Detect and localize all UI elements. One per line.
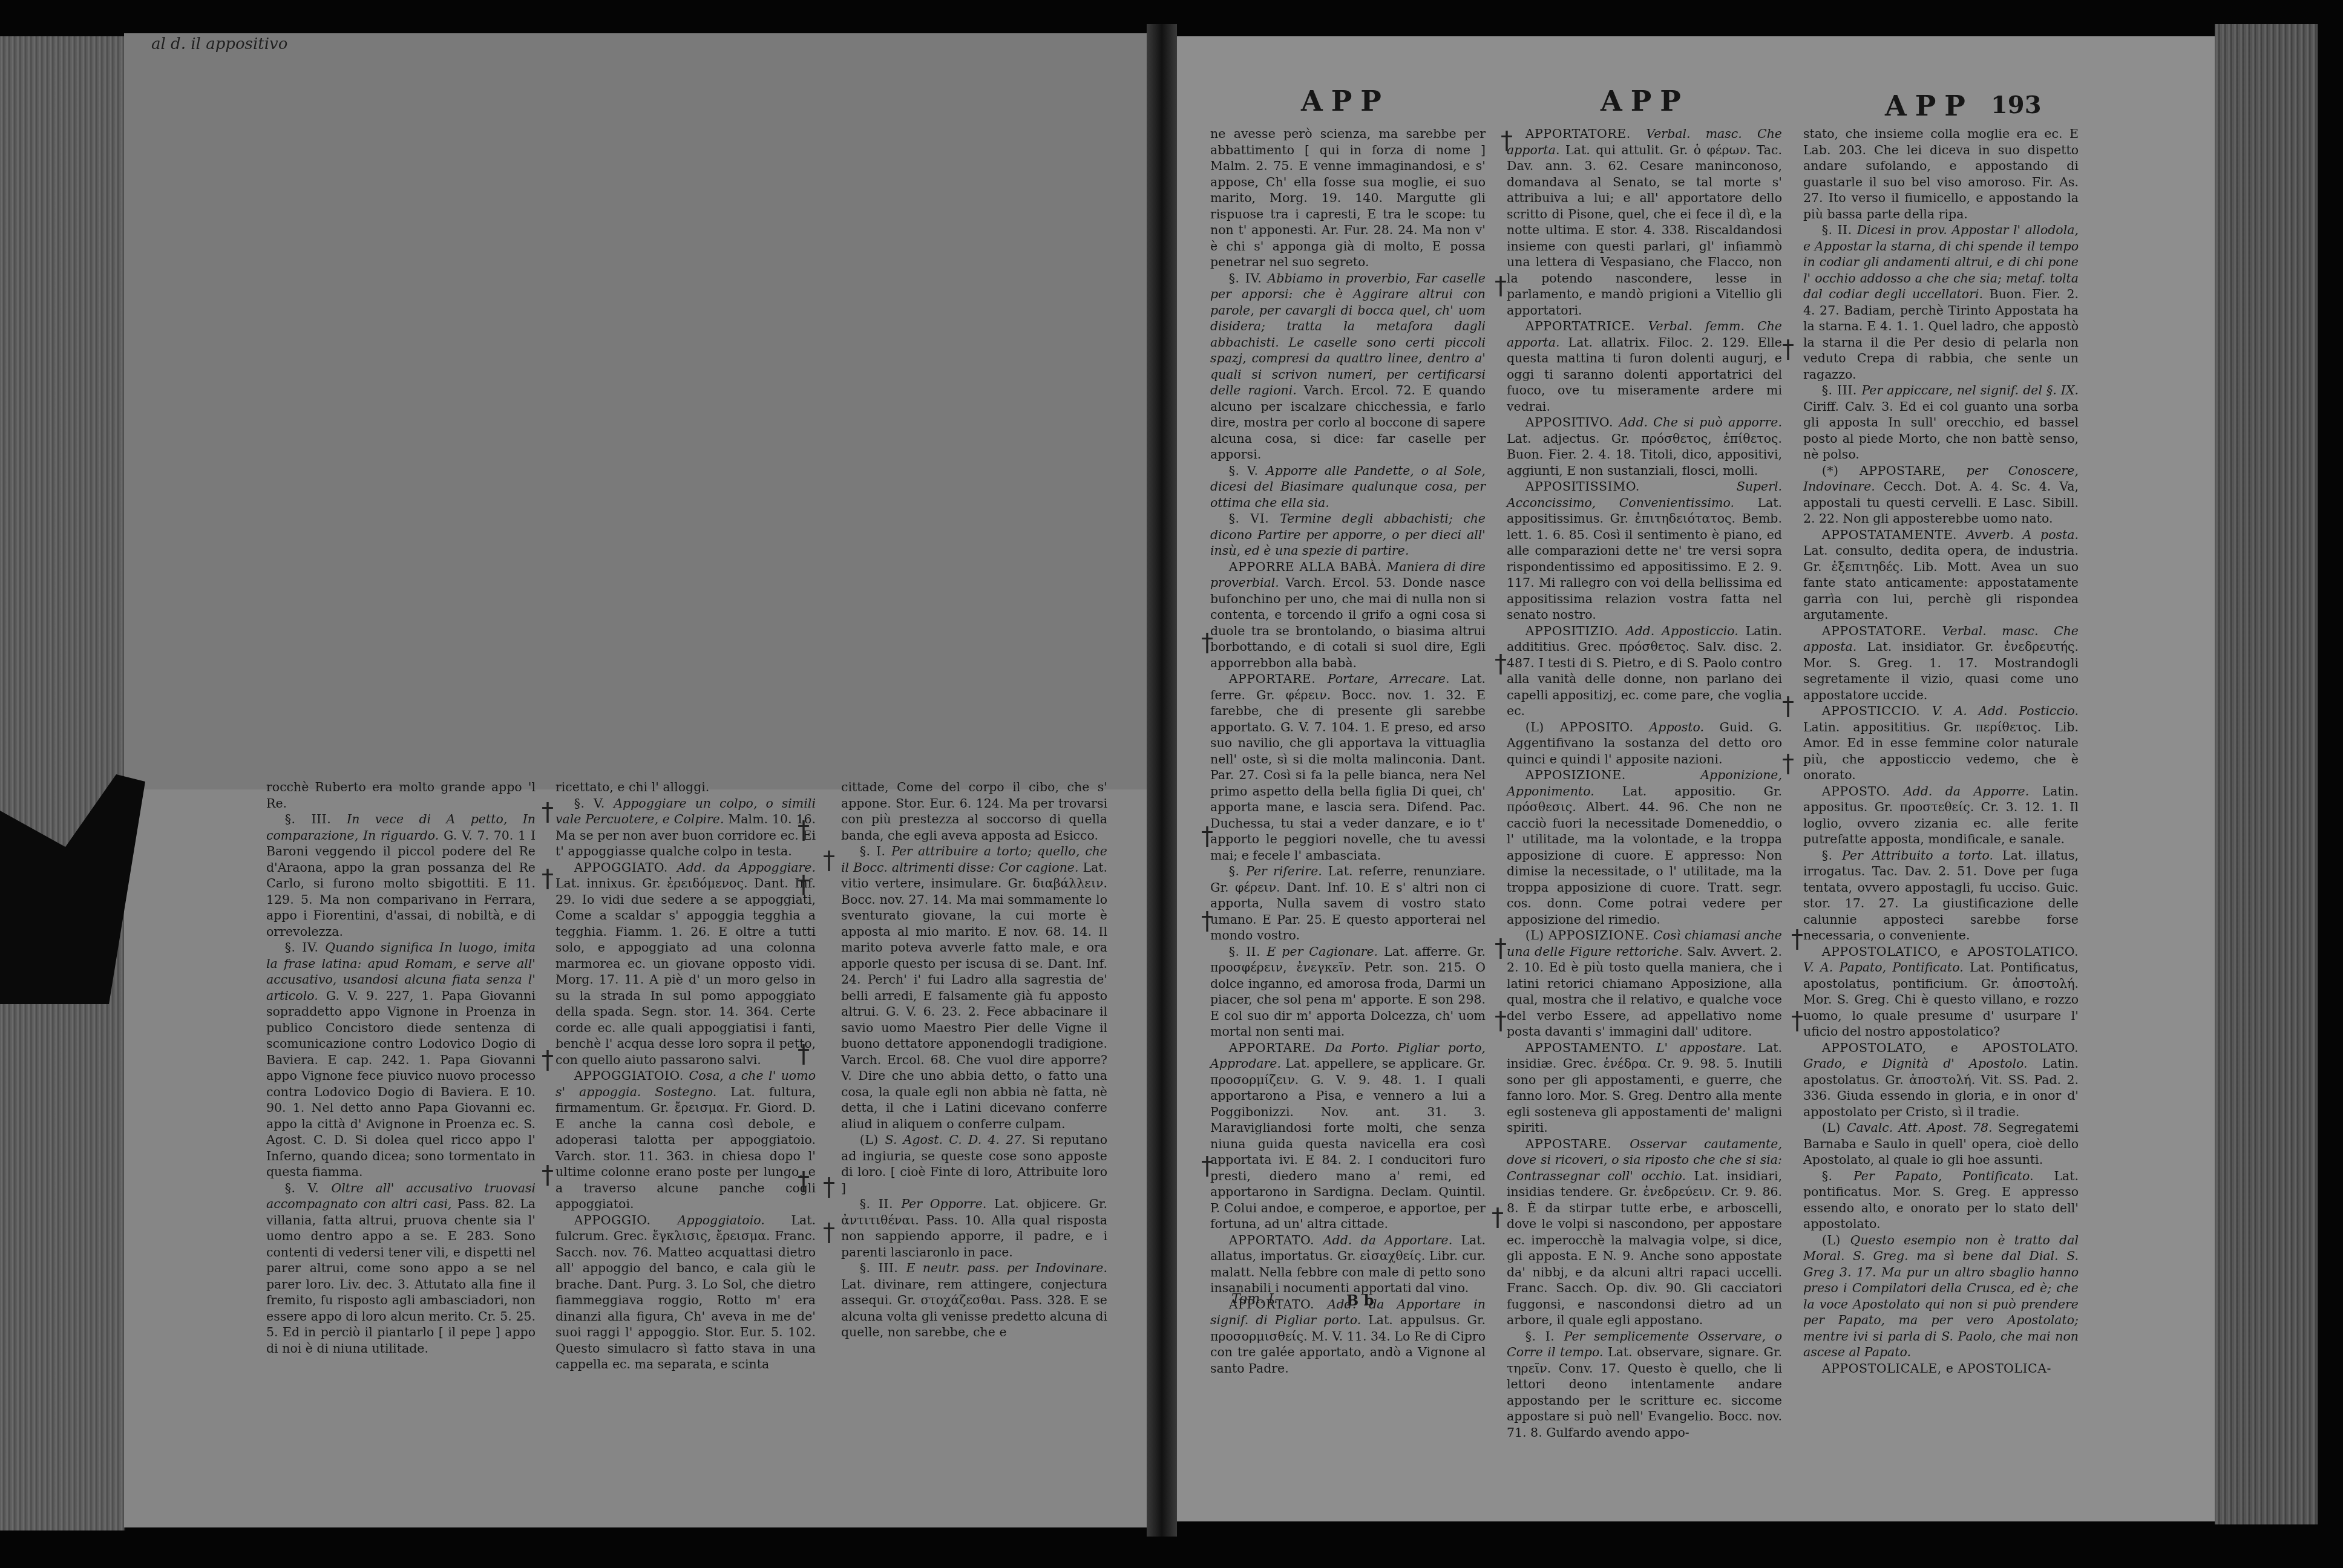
book-edge-left — [0, 36, 125, 1530]
entry-text: Lat. divinare, rem attingere, conjectura… — [841, 1277, 1107, 1340]
dictionary-entry: (L) Cavalc. Att. Apost. 78. Segregatemi … — [1803, 1120, 2079, 1168]
entry-headword: APPOSITIVO. — [1525, 415, 1619, 430]
entry-headword: (L) APPOSITO. — [1525, 720, 1650, 734]
margin-cross-mark: † — [542, 1047, 554, 1074]
dictionary-entry: §. I. Per attribuire a torto; quello, ch… — [841, 843, 1107, 1132]
entry-definition: V. A. Add. Posticcio. — [1932, 704, 2079, 718]
entry-text: Ciriff. Calv. 3. Ed ei col guanto una so… — [1803, 399, 2079, 462]
entry-headword: (L) APPOSIZIONE. — [1525, 928, 1653, 942]
entry-headword: (L) — [860, 1132, 885, 1147]
entry-headword: §. IV. — [1229, 271, 1268, 286]
entry-definition: Per Attribuito a torto. — [1842, 848, 2002, 863]
entry-headword: (L) — [1822, 1233, 1850, 1247]
left-column-1: rocchè Ruberto era molto grande appo 'l … — [266, 779, 536, 1356]
entry-headword: §. II. — [1822, 223, 1857, 237]
margin-cross-mark: † — [1791, 926, 1803, 953]
dictionary-entry: stato, che insieme colla moglie era ec. … — [1803, 126, 2079, 222]
entry-definition: V. A. Papato, Pontificato. — [1803, 960, 1970, 975]
dictionary-entry: cittade, Come del corpo il cibo, che s' … — [841, 779, 1107, 843]
margin-cross-mark: † — [1495, 650, 1507, 678]
dictionary-entry: §. III. Per appiccare, nel signif. del §… — [1803, 382, 2079, 463]
dictionary-entry: §. V. Appoggiare un colpo, o simili vale… — [555, 795, 816, 860]
dictionary-entry: §. V. Oltre all' accusativo truovasi acc… — [266, 1180, 536, 1357]
margin-cross-mark: † — [542, 799, 554, 826]
entry-headword: APPORTATORE. — [1525, 126, 1647, 141]
entry-text: Lat. qui attulit. Gr. ὁ φέρων. Tac. Dav.… — [1507, 143, 1782, 318]
entry-text: Lat. fultura, firmamentum. Gr. ἔρεισμα. … — [555, 1085, 816, 1212]
volume-footer: Tom. I. — [1231, 1292, 1278, 1307]
dictionary-entry: APPORTATO. Add. da Apportare. Lat. allat… — [1210, 1232, 1486, 1296]
running-head-3: APP — [1885, 90, 1974, 122]
entry-text: G. V. 7. 70. 1 I Baroni veggendo il picc… — [266, 828, 536, 939]
entry-text: Lat. appositissimus. Gr. ἐπιτηδειότατος.… — [1507, 495, 1782, 622]
entry-text: Pass. 82. La villania, fatta altrui, pru… — [266, 1197, 536, 1356]
dictionary-entry: APPOGGIATO. Add. da Appoggiare. Lat. inn… — [555, 860, 816, 1068]
entry-text: Lat. ferre. Gr. φέρειν. Bocc. nov. 1. 32… — [1210, 671, 1486, 863]
entry-headword: APPORTARE. — [1229, 1040, 1325, 1055]
entry-headword: APPOSTATORE. — [1822, 624, 1942, 638]
entry-text: ne avesse però scienza, ma sarebbe per a… — [1210, 126, 1486, 269]
entry-headword: APPORTATO. — [1229, 1233, 1323, 1247]
left-column-3: cittade, Come del corpo il cibo, che s' … — [841, 779, 1107, 1341]
entry-headword: APPOSITIZIO. — [1525, 624, 1626, 638]
dictionary-entry: §. IV. Abbiamo in proverbio, Far caselle… — [1210, 270, 1486, 463]
entry-text: Latin. apposititius. Gr. περίθετος. Lib.… — [1803, 720, 2079, 783]
left-column-2: ricettato, e chi l' alloggi.§. V. Appogg… — [555, 779, 816, 1373]
margin-cross-mark: † — [823, 1174, 835, 1201]
entry-headword: §. — [1822, 848, 1842, 863]
right-column-1: ne avesse però scienza, ma sarebbe per a… — [1210, 126, 1486, 1376]
entry-definition: Add. da Apporre. — [1904, 784, 2042, 799]
dictionary-entry: §. Per riferire. Lat. referre, renunziar… — [1210, 863, 1486, 944]
dictionary-entry: (*) APPOSTARE, per Conoscere, Indovinare… — [1803, 463, 2079, 527]
margin-cross-mark: † — [542, 865, 554, 893]
entry-text: Lat. insidiari, insidias tendere. Gr. ἐν… — [1507, 1169, 1782, 1328]
margin-cross-mark: † — [1782, 336, 1794, 364]
entry-definition: Add. da Apportare. — [1323, 1233, 1461, 1247]
dictionary-entry: rocchè Ruberto era molto grande appo 'l … — [266, 779, 536, 811]
dictionary-entry: §. IV. Quando significa In luogo, imita … — [266, 939, 536, 1180]
entry-text: stato, che insieme colla moglie era ec. … — [1803, 126, 2079, 221]
entry-definition: L' appostare. — [1656, 1040, 1757, 1055]
right-column-3: stato, che insieme colla moglie era ec. … — [1803, 126, 2079, 1376]
margin-cross-mark: † — [1782, 750, 1794, 778]
entry-headword: APPOSTOLATICO, e APOSTOLATICO. — [1822, 944, 2079, 959]
dictionary-entry: APPOSTOLICALE, e APOSTOLICA- — [1803, 1361, 2079, 1377]
entry-definition: Avverb. A posta. — [1966, 528, 2079, 542]
entry-definition: E per Cagionare. — [1267, 944, 1384, 959]
entry-headword: §. V. — [574, 796, 614, 811]
margin-cross-mark: † — [1495, 935, 1507, 962]
margin-cross-mark: † — [542, 1161, 554, 1189]
margin-cross-mark: † — [798, 1168, 810, 1195]
entry-headword: §. V. — [1229, 463, 1266, 478]
entry-definition: Add. Apposticcio. — [1626, 624, 1746, 638]
entry-definition: S. Agost. C. D. 4. 27. — [885, 1132, 1032, 1147]
entry-definition: Per Papato, Pontificato. — [1853, 1169, 2054, 1183]
entry-headword: APPORTATRICE. — [1525, 319, 1648, 333]
entry-headword: §. III. — [285, 812, 347, 826]
entry-headword: §. II. — [1229, 944, 1267, 959]
dictionary-entry: (L) APPOSITO. Apposto. Guid. G. Aggentif… — [1507, 719, 1782, 768]
dictionary-entry: (L) Questo esempio non è tratto dal Mora… — [1803, 1232, 2079, 1361]
book-edge-right — [2215, 24, 2318, 1524]
margin-cross-mark: † — [1495, 1007, 1507, 1035]
dictionary-entry: APPORTARE. Da Porto. Pigliar porto, Appr… — [1210, 1040, 1486, 1232]
dictionary-entry: §. II. Per Opporre. Lat. objicere. Gr. ἀ… — [841, 1196, 1107, 1260]
margin-cross-mark: † — [798, 871, 810, 899]
entry-definition: Questo esempio non è tratto dal Moral. S… — [1803, 1233, 2079, 1360]
dictionary-entry: APPORRE ALLA BABÀ. Maniera di dire prove… — [1210, 559, 1486, 671]
entry-definition: Cavalc. Att. Apost. 78. — [1847, 1120, 1998, 1135]
entry-definition: Appoggiatoio. — [678, 1213, 791, 1227]
dictionary-entry: §. III. E neutr. pass. per Indovinare. L… — [841, 1260, 1107, 1341]
handwritten-note: al d. il appositivo — [151, 35, 287, 53]
dictionary-entry: (L) S. Agost. C. D. 4. 27. Si reputano a… — [841, 1132, 1107, 1196]
running-head-1: APP — [1301, 85, 1390, 117]
entry-headword: §. III. — [1822, 383, 1862, 397]
entry-definition: Portare, Arrecare. — [1328, 671, 1461, 686]
margin-cross-mark: † — [823, 847, 835, 875]
margin-cross-mark: † — [1201, 907, 1213, 935]
entry-headword: §. I. — [1525, 1329, 1564, 1344]
entry-text: Lat. fulcrum. Grec. ἔγκλισις, ἔρεισμα. F… — [555, 1213, 816, 1372]
entry-headword: APPOSTOLATO, e APOSTOLATO. — [1822, 1040, 2079, 1055]
entry-definition: E neutr. pass. per Indovinare. — [906, 1261, 1107, 1275]
entry-headword: APPOSTICCIO. — [1822, 704, 1932, 718]
dictionary-entry: §. Per Papato, Pontificato. Lat. pontifi… — [1803, 1168, 2079, 1232]
left-page-upper-shade — [124, 33, 1153, 789]
dictionary-entry: APPORTARE. Portare, Arrecare. Lat. ferre… — [1210, 671, 1486, 863]
dictionary-entry: APPOSTICCIO. V. A. Add. Posticcio. Latin… — [1803, 703, 2079, 783]
entry-headword: APPOGGIATO. — [574, 860, 677, 875]
running-head-2: APP — [1601, 85, 1689, 117]
margin-cross-mark: † — [823, 1219, 835, 1247]
margin-cross-mark: † — [1501, 127, 1513, 155]
dictionary-entry: APPOSTOLATICO, e APOSTOLATICO. V. A. Pap… — [1803, 944, 2079, 1040]
entry-headword: APPORTARE. — [1229, 671, 1328, 686]
entry-headword: (L) — [1822, 1120, 1847, 1135]
dictionary-entry: ne avesse però scienza, ma sarebbe per a… — [1210, 126, 1486, 270]
entry-headword: §. — [1229, 864, 1246, 878]
entry-headword: (*) APPOSTARE, — [1822, 463, 1967, 478]
entry-definition: Add. Che si può apporre. — [1619, 415, 1782, 430]
entry-text: Lat. appellere, se applicare. Gr. προσορ… — [1210, 1056, 1486, 1231]
entry-headword: APPORRE ALLA BABÀ. — [1229, 560, 1387, 574]
dictionary-entry: APPOSTAMENTO. L' appostare. Lat. insidiæ… — [1507, 1040, 1782, 1136]
entry-definition: Apposto. — [1649, 720, 1719, 734]
dictionary-entry: APPOGGIO. Appoggiatoio. Lat. fulcrum. Gr… — [555, 1212, 816, 1373]
margin-cross-mark: † — [1782, 693, 1794, 720]
margin-cross-mark: † — [1495, 272, 1507, 300]
entry-headword: §. III. — [860, 1261, 906, 1275]
dictionary-entry: §. VI. Termine degli abbachisti; che dic… — [1210, 511, 1486, 559]
entry-definition: Per riferire. — [1246, 864, 1328, 878]
margin-cross-mark: † — [1201, 629, 1213, 657]
dictionary-entry: (L) APPOSIZIONE. Così chiamasi anche una… — [1507, 927, 1782, 1040]
entry-headword: §. II. — [860, 1197, 901, 1211]
book-gutter — [1147, 24, 1177, 1537]
entry-headword: §. I. — [860, 844, 891, 858]
entry-headword: APPOSTAMENTO. — [1525, 1040, 1656, 1055]
entry-definition: Abbiamo in proverbio, Far caselle per ap… — [1210, 271, 1486, 398]
dictionary-entry: ricettato, e chi l' alloggi. — [555, 779, 816, 795]
margin-cross-mark: † — [1791, 1007, 1803, 1035]
margin-cross-mark: † — [798, 1040, 810, 1068]
entry-text: Lat. consulto, dedita opera, de industri… — [1803, 543, 2079, 622]
entry-text: Lat. vitio vertere, insimulare. Gr. διαβ… — [841, 860, 1107, 1131]
dictionary-entry: APPOSTATAMENTE. Avverb. A posta. Lat. co… — [1803, 527, 2079, 623]
entry-definition: Add. da Appoggiare. — [677, 860, 816, 875]
dictionary-entry: §. I. Per semplicemente Osservare, o Cor… — [1507, 1328, 1782, 1441]
dictionary-entry: APPOSITIZIO. Add. Apposticcio. Latin. ad… — [1507, 623, 1782, 719]
entry-text: rocchè Ruberto era molto grande appo 'l … — [266, 780, 536, 811]
dictionary-entry: APPOSIZIONE. Apponizione, Apponimento. L… — [1507, 767, 1782, 927]
entry-text: ricettato, e chi l' alloggi. — [555, 780, 709, 794]
dictionary-entry: APPOSTOLATO, e APOSTOLATO. Grado, e Dign… — [1803, 1040, 2079, 1120]
entry-headword: APPOSITISSIMO. — [1525, 479, 1737, 494]
entry-headword: APPOSIZIONE. — [1525, 768, 1701, 782]
entry-headword: §. — [1822, 1169, 1853, 1183]
dictionary-entry: APPOSTATORE. Verbal. masc. Che apposta. … — [1803, 623, 2079, 704]
dictionary-entry: §. V. Apporre alle Pandette, o al Sole, … — [1210, 463, 1486, 511]
dictionary-entry: APPOSITIVO. Add. Che si può apporre. Lat… — [1507, 414, 1782, 479]
margin-cross-mark: † — [1201, 1152, 1213, 1180]
dictionary-entry: APPORTATORE. Verbal. masc. Che apporta. … — [1507, 126, 1782, 318]
entry-headword: APPOSTOLICALE, e APOSTOLICA- — [1822, 1361, 2051, 1376]
entry-headword: APPOSTARE. — [1525, 1137, 1630, 1151]
right-column-2: APPORTATORE. Verbal. masc. Che apporta. … — [1507, 126, 1782, 1440]
dictionary-entry: APPOGGIATOIO. Cosa, a che l' uomo s' app… — [555, 1068, 816, 1212]
entry-headword: §. V. — [285, 1181, 332, 1195]
entry-text: cittade, Come del corpo il cibo, che s' … — [841, 780, 1107, 843]
dictionary-entry: APPORTATRICE. Verbal. femm. Che apporta.… — [1507, 318, 1782, 414]
entry-text: Lat. appositio. Gr. πρόσθεσις. Albert. 4… — [1507, 784, 1782, 927]
dictionary-entry: §. II. E per Cagionare. Lat. afferre. Gr… — [1210, 944, 1486, 1040]
entry-definition: Per appiccare, nel signif. del §. IX. — [1861, 383, 2079, 397]
margin-cross-mark: † — [1492, 1204, 1504, 1232]
margin-cross-mark: † — [798, 817, 810, 844]
entry-headword: APPOSTO. — [1822, 784, 1904, 799]
entry-headword: §. VI. — [1229, 511, 1280, 526]
signature-mark: B b — [1346, 1292, 1374, 1309]
entry-headword: §. IV. — [285, 940, 326, 955]
entry-headword: APPOGGIO. — [574, 1213, 678, 1227]
entry-text: Lat. innixus. Gr. ἐρειδόμενος. Dant. Inf… — [555, 876, 816, 1067]
entry-headword: APPOSTATAMENTE. — [1822, 528, 1967, 542]
dictionary-entry: §. III. In vece di A petto, In comparazi… — [266, 811, 536, 939]
dictionary-entry: APPOSITISSIMO. Superl. Acconcissimo, Con… — [1507, 479, 1782, 623]
entry-text: G. V. 9. 227, 1. Papa Giovanni sopraddet… — [266, 988, 536, 1180]
entry-text: Lat. adjectus. Gr. πρόσθετος, ἐπίθετος. … — [1507, 431, 1782, 478]
dictionary-entry: §. II. Dicesi in prov. Appostar l' allod… — [1803, 222, 2079, 382]
entry-headword: APPOGGIATOIO. — [574, 1068, 689, 1083]
margin-cross-mark: † — [1201, 823, 1213, 851]
dictionary-entry: §. Per Attribuito a torto. Lat. illatus,… — [1803, 848, 2079, 944]
dictionary-entry: APPOSTARE. Osservar cautamente, dove si … — [1507, 1136, 1782, 1328]
entry-definition: Grado, e Dignità d' Apostolo. — [1803, 1056, 2042, 1071]
dictionary-entry: APPOSTO. Add. da Apporre. Latin. apposit… — [1803, 783, 2079, 848]
entry-definition: Per Opporre. — [901, 1197, 994, 1211]
page-number: 193 — [1991, 91, 2042, 119]
